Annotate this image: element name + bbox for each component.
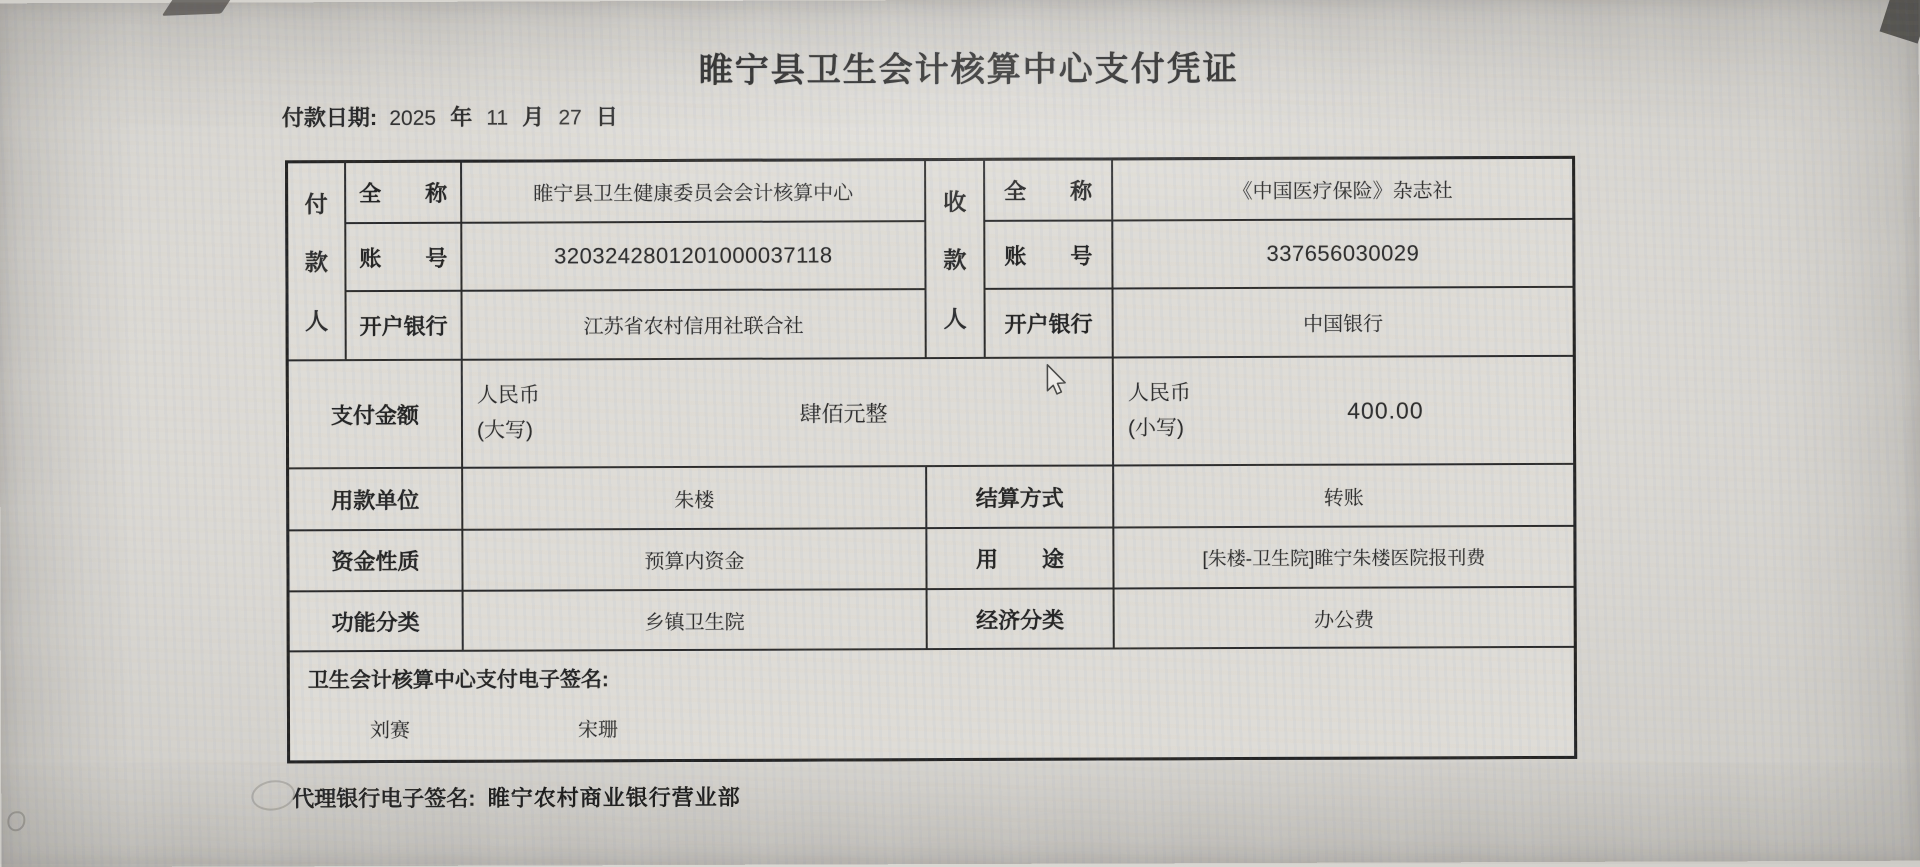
settlement-method-value: 转账 <box>1114 465 1573 527</box>
payment-date-month-unit: 月 <box>522 104 544 129</box>
payment-date-day-unit: 日 <box>596 104 618 129</box>
payee-role-char: 款 <box>943 242 966 275</box>
payer-bank-value: 江苏省农村信用社联合社 <box>463 290 925 359</box>
photo-corner-artifact <box>1880 0 1920 44</box>
currency-label: 人民币 <box>1128 382 1191 405</box>
agent-bank-name: 睢宁农村商业银行营业部 <box>488 785 741 811</box>
paying-unit-label: 用款单位 <box>289 469 461 530</box>
esignature-names: 刘赛宋珊 <box>308 713 618 743</box>
photo-corner-artifact <box>162 0 233 16</box>
fund-nature-label: 资金性质 <box>289 531 461 591</box>
payer-name-label: 全 称 <box>346 163 460 222</box>
amount-in-figures-cell: 人民币(小写) 400.00 <box>1114 357 1573 465</box>
amount-in-words-value: 肆佰元整 <box>799 397 887 428</box>
currency-label: 人民币 <box>477 384 540 407</box>
signer-name: 宋珊 <box>578 719 618 741</box>
amount-in-figures-value: 400.00 <box>1347 397 1423 424</box>
payee-name-label: 全 称 <box>985 160 1111 219</box>
function-class-value: 乡镇卫生院 <box>464 590 926 650</box>
voucher-page: 睢宁县卫生会计核算中心支付凭证 付款日期: 2025 年 11 月 27 日 付… <box>0 0 1920 864</box>
agent-bank-signature-line: 代理银行电子签名: 睢宁农村商业银行营业部 <box>292 781 741 814</box>
esignature-cell: 卫生会计核算中心支付电子签名: 刘赛宋珊 <box>290 648 1574 760</box>
payer-bank-label: 开户银行 <box>347 292 461 359</box>
purpose-label: 用 途 <box>927 528 1112 588</box>
payee-account-label: 账 号 <box>985 221 1111 287</box>
capital-note: (大写) <box>477 418 533 441</box>
currency-capital-label: 人民币(大写) <box>477 379 540 449</box>
payment-date-year-unit: 年 <box>450 105 472 130</box>
function-class-label: 功能分类 <box>290 592 462 651</box>
photo-smudge-artifact <box>249 777 297 813</box>
payee-role-char: 收 <box>943 184 966 217</box>
currency-small-label: 人民币(小写) <box>1128 377 1191 447</box>
payer-role-char: 人 <box>305 303 328 336</box>
payment-date-day: 27 <box>558 106 581 129</box>
payer-account-value: 3203242801201000037118 <box>462 222 924 290</box>
payment-date-label: 付款日期: <box>282 105 377 130</box>
fund-nature-value: 预算内资金 <box>463 529 925 590</box>
agent-bank-signature-label: 代理银行电子签名: <box>292 786 475 812</box>
page-title: 睢宁县卫生会计核算中心支付凭证 <box>0 39 1919 95</box>
paying-unit-value: 朱楼 <box>463 467 925 529</box>
purpose-value: [朱楼-卫生院]睢宁朱楼医院报刊费 <box>1114 527 1573 588</box>
payee-bank-value: 中国银行 <box>1114 288 1573 357</box>
amount-in-words-cell: 人民币(大写) 肆佰元整 <box>463 358 1112 466</box>
payment-date-year: 2025 <box>389 107 436 130</box>
payer-role: 付 款 人 <box>288 163 345 359</box>
payer-role-char: 款 <box>305 245 328 278</box>
amount-label: 支付金额 <box>289 361 461 468</box>
esignature-label: 卫生会计核算中心支付电子签名: <box>308 663 609 694</box>
small-note: (小写) <box>1128 416 1184 439</box>
payee-bank-label: 开户银行 <box>986 289 1112 356</box>
payee-name-value: 《中国医疗保险》杂志社 <box>1113 159 1572 220</box>
payer-role-char: 付 <box>305 186 328 219</box>
economic-class-label: 经济分类 <box>928 589 1113 648</box>
payee-role: 收 款 人 <box>926 161 984 357</box>
payment-date: 付款日期: 2025 年 11 月 27 日 <box>282 100 620 132</box>
payer-account-label: 账 号 <box>346 224 460 290</box>
signer-name: 刘赛 <box>370 720 410 742</box>
payment-voucher-table: 付 款 人 全 称 睢宁县卫生健康委员会会计核算中心 账 号 320324280… <box>285 156 1577 763</box>
payee-account-value: 337656030029 <box>1113 220 1572 288</box>
settlement-method-label: 结算方式 <box>927 466 1112 527</box>
economic-class-value: 办公费 <box>1115 588 1574 648</box>
mouse-cursor-icon <box>1046 364 1068 396</box>
payer-name-value: 睢宁县卫生健康委员会会计核算中心 <box>462 161 924 222</box>
payment-date-month: 11 <box>486 107 508 130</box>
payee-role-char: 人 <box>944 301 967 334</box>
photo-smudge-artifact <box>7 811 25 831</box>
